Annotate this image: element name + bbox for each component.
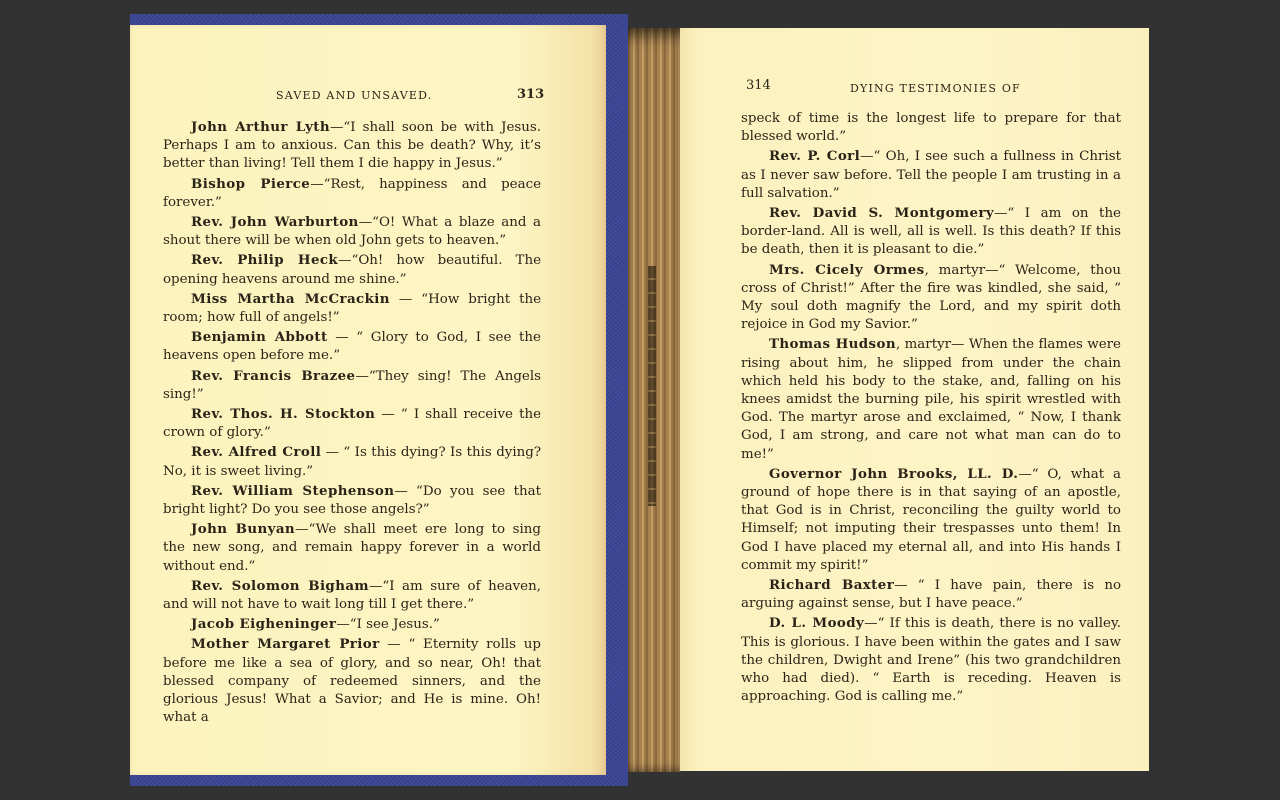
entry: Mrs. Cicely Ormes, martyr—“ Welcome, tho… xyxy=(741,261,1121,335)
entry: Jacob Eigheninger—“I see Jesus.” xyxy=(163,615,541,634)
entry: John Bunyan—“We shall meet ere long to s… xyxy=(163,520,541,576)
spine-stamp xyxy=(648,266,656,506)
left-text-block: John Arthur Lyth—“I shall soon be with J… xyxy=(163,118,541,729)
entry: Rev. John Warburton—“O! What a blaze and… xyxy=(163,213,541,250)
entry: Rev. Thos. H. Stockton — “ I shall recei… xyxy=(163,405,541,442)
entry: Governor John Brooks, LL. D.—“ O, what a… xyxy=(741,465,1121,575)
entry: Rev. Solomon Bigham—“I am sure of heaven… xyxy=(163,577,541,614)
entry: Miss Martha McCrackin — “How bright the … xyxy=(163,290,541,327)
entry: Bishop Pierce—“Rest, happiness and peace… xyxy=(163,175,541,212)
left-page: SAVED AND UNSAVED. 313 John Arthur Lyth—… xyxy=(130,25,606,775)
entry: John Arthur Lyth—“I shall soon be with J… xyxy=(163,118,541,174)
right-page: 314 DYING TESTIMONIES OF speck of time i… xyxy=(680,28,1149,771)
entry: Rev. William Stephenson— “Do you see tha… xyxy=(163,482,541,519)
entry: Rev. Alfred Croll — “ Is this dying? Is … xyxy=(163,443,541,480)
continuation-text: speck of time is the longest life to pre… xyxy=(741,110,1121,146)
right-page-number: 314 xyxy=(746,78,771,93)
entry: Rev. David S. Montgomery—“ I am on the b… xyxy=(741,204,1121,260)
right-running-head: DYING TESTIMONIES OF xyxy=(850,82,1021,95)
left-page-number: 313 xyxy=(517,87,544,102)
right-text-block: speck of time is the longest life to pre… xyxy=(741,110,1121,708)
entry: Rev. Philip Heck—“Oh! how beautiful. The… xyxy=(163,251,541,288)
entry: Rev. P. Corl—“ Oh, I see such a fullness… xyxy=(741,147,1121,203)
entry: Benjamin Abbott — “ Glory to God, I see … xyxy=(163,328,541,365)
left-running-head: SAVED AND UNSAVED. xyxy=(276,89,432,102)
entry: Richard Baxter— “ I have pain, there is … xyxy=(741,576,1121,613)
entry: Thomas Hudson, martyr— When the flames w… xyxy=(741,335,1121,463)
entry: Mother Margaret Prior — “ Eternity rolls… xyxy=(163,635,541,727)
entry: Rev. Francis Brazee—“They sing! The Ange… xyxy=(163,367,541,404)
entry: D. L. Moody—“ If this is death, there is… xyxy=(741,614,1121,706)
